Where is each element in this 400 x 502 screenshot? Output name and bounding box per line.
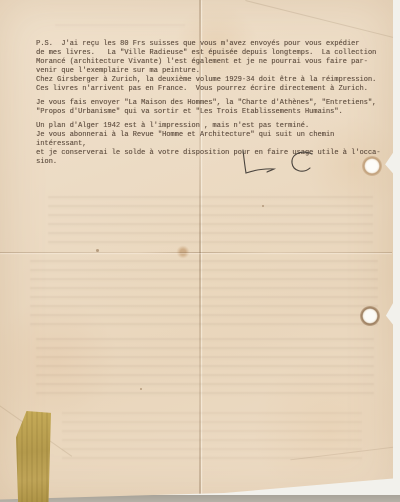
punch-hole-bottom bbox=[360, 306, 380, 326]
letter-paper: P.S. J'ai reçu les 80 Frs suisses que vo… bbox=[0, 0, 393, 501]
handwritten-signature-lc bbox=[236, 147, 328, 185]
letter-paragraph-plan-alger: Un plan d'Alger 1942 est à l'impression … bbox=[36, 122, 388, 167]
fold-crease-horizontal bbox=[0, 252, 392, 253]
scanned-letter-page: P.S. J'ai reçu les 80 Frs suisses que vo… bbox=[0, 0, 400, 502]
ghost-text-bleedthrough bbox=[36, 338, 374, 398]
ghost-text-bleedthrough bbox=[62, 412, 362, 464]
ghost-text-bleedthrough bbox=[55, 24, 185, 33]
wrinkle-crease bbox=[290, 445, 400, 461]
wrinkle-crease bbox=[245, 0, 400, 41]
tape-strip bbox=[16, 411, 51, 502]
ghost-text-bleedthrough bbox=[48, 196, 373, 248]
paper-speck bbox=[96, 249, 99, 252]
paper-speck bbox=[262, 205, 264, 207]
letter-body: P.S. J'ai reçu les 80 Frs suisses que vo… bbox=[36, 40, 388, 167]
punch-hole-top bbox=[362, 156, 382, 176]
letter-paragraph-ps: P.S. J'ai reçu les 80 Frs suisses que vo… bbox=[36, 40, 388, 95]
signature-lc-icon bbox=[236, 147, 328, 185]
paper-speck bbox=[140, 388, 142, 390]
letter-paragraph-books: Je vous fais envoyer "La Maison des Homm… bbox=[36, 99, 388, 117]
ghost-text-bleedthrough bbox=[30, 260, 378, 328]
